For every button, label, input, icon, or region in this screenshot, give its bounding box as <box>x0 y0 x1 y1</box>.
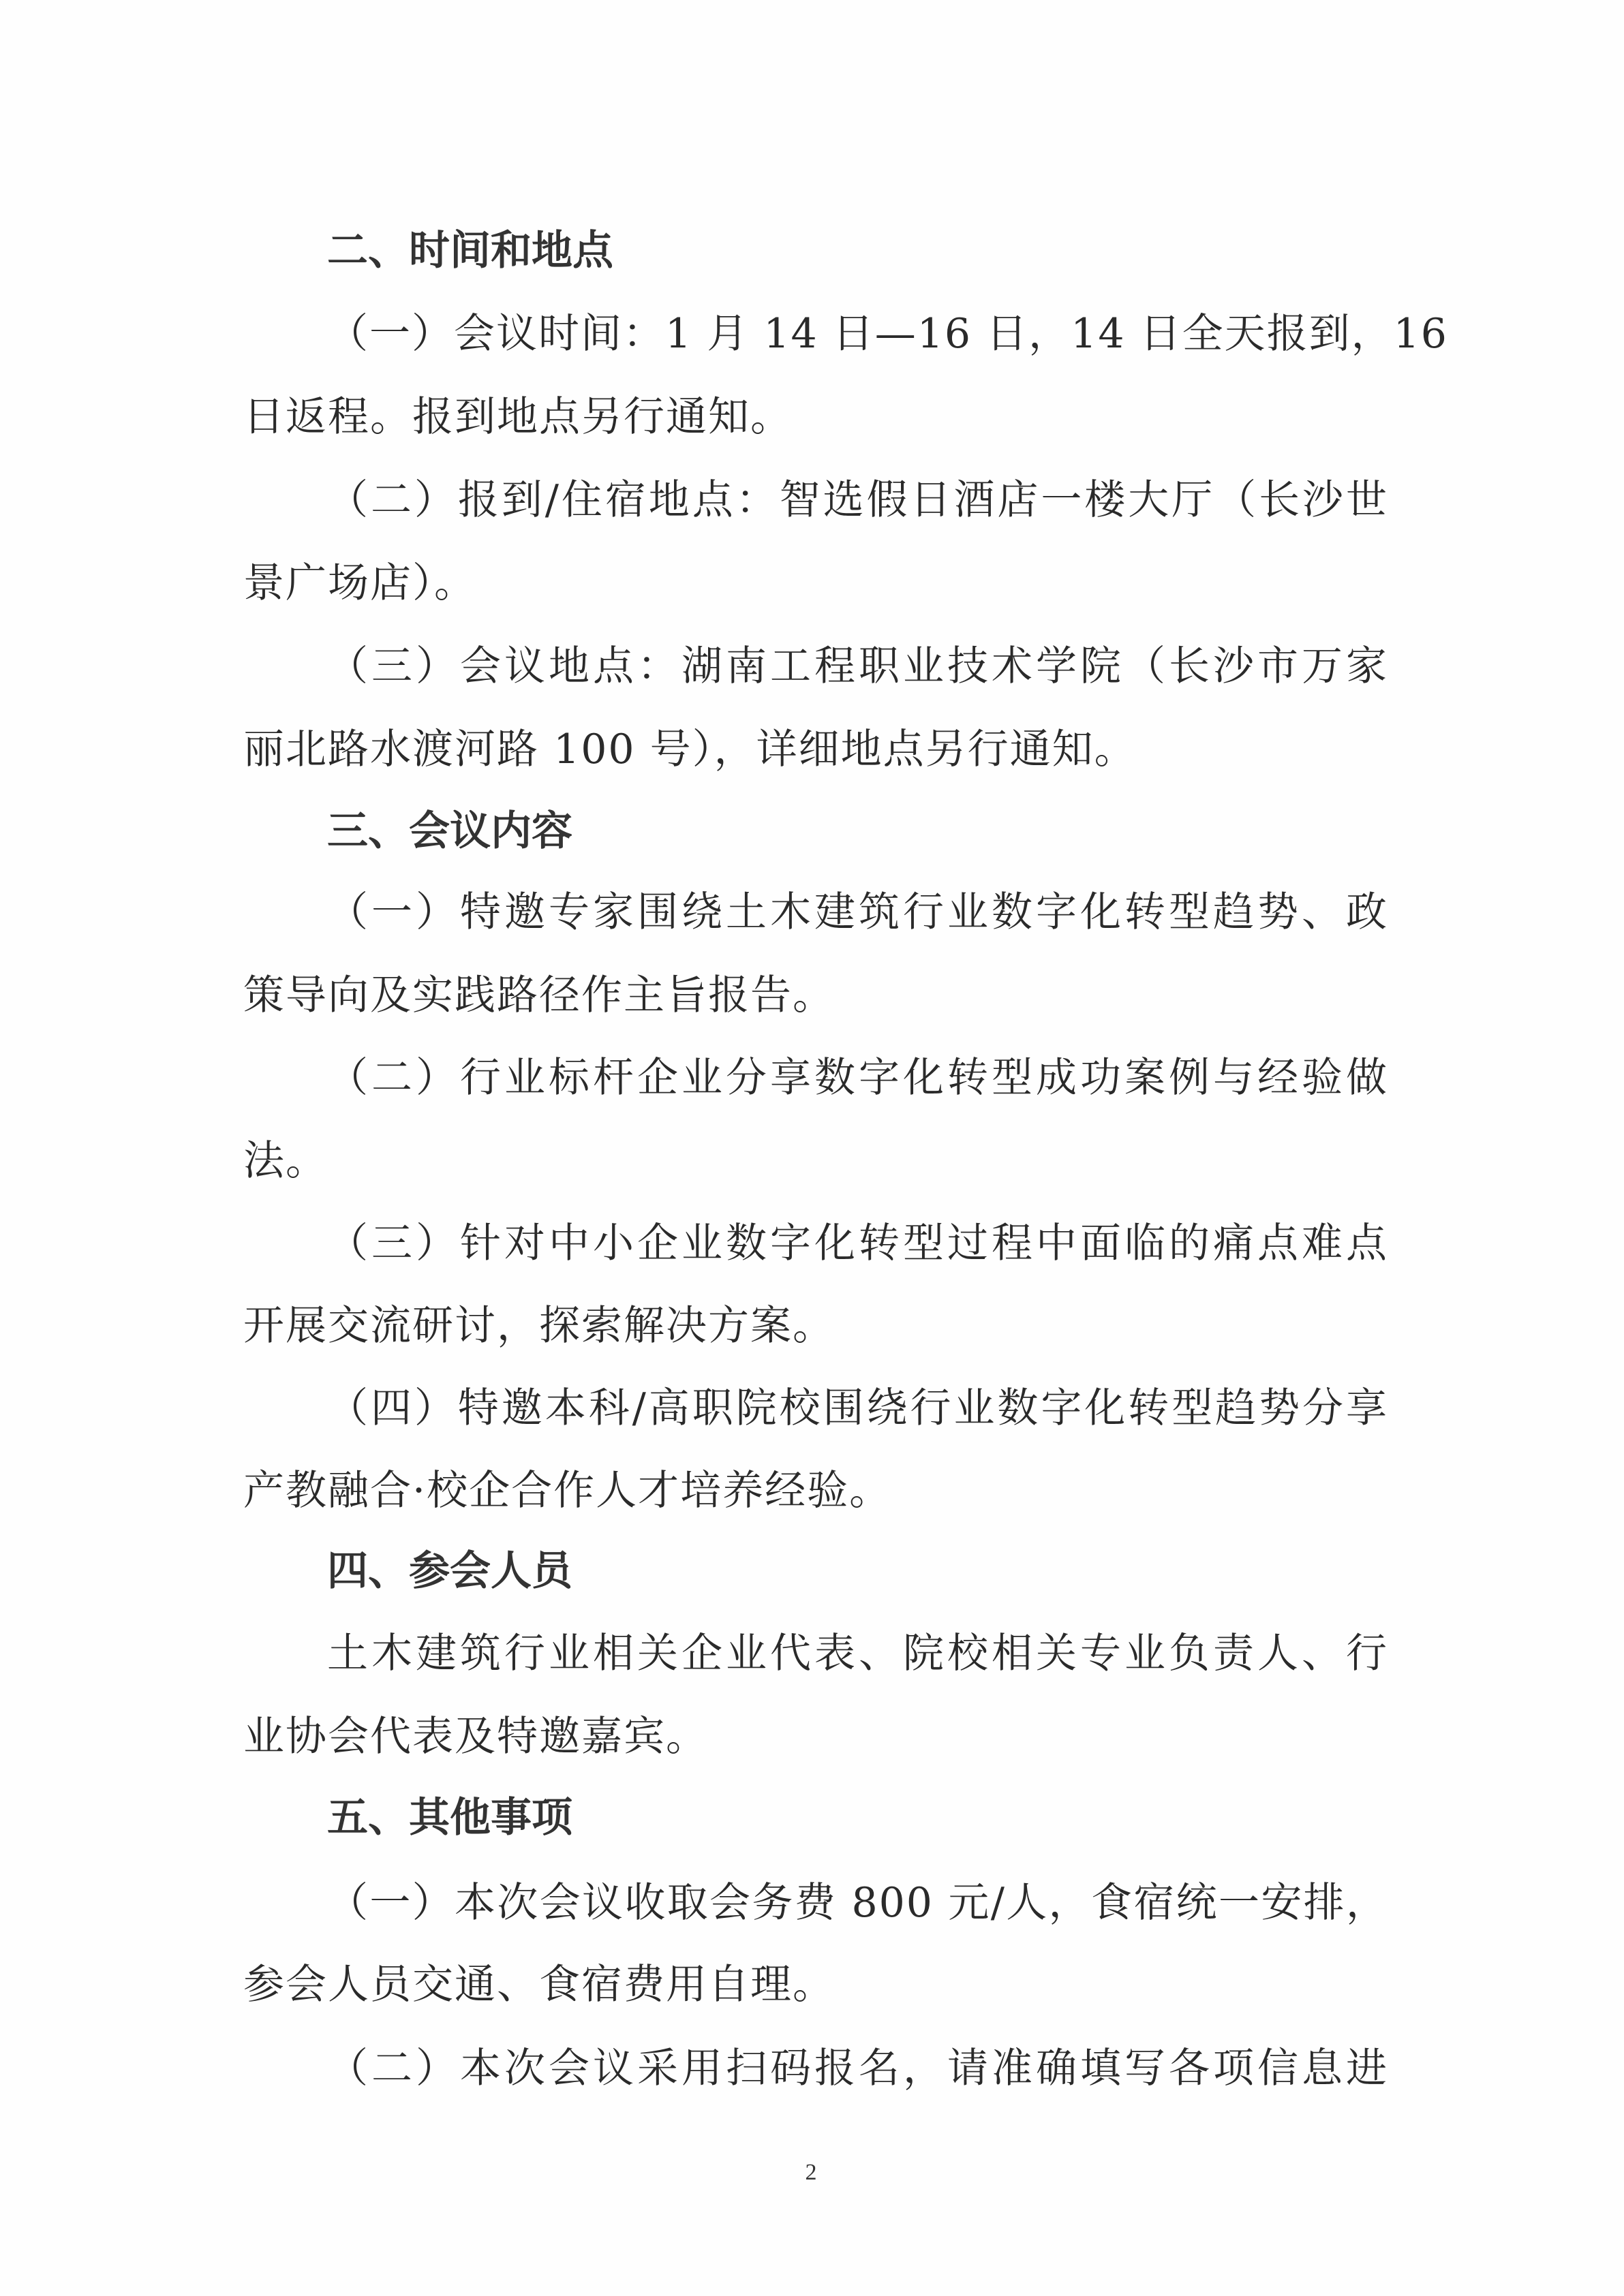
document-page: 二、时间和地点 （一）会议时间：1 月 14 日—16 日，14 日全天报到，1… <box>0 0 1624 2296</box>
paragraph-line: （二）本次会议采用扫码报名，请准确填写各项信息进 <box>327 2027 1388 2110</box>
paragraph-line: （一）会议时间：1 月 14 日—16 日，14 日全天报到，16 <box>327 292 1388 375</box>
paragraph-line: 土木建筑行业相关企业代表、院校相关专业负责人、行 <box>327 1612 1388 1695</box>
section-heading-attendees: 四、参会人员 <box>327 1530 1388 1613</box>
paragraph-line: （四）特邀本科/高职院校围绕行业数字化转型趋势分享 <box>327 1367 1388 1450</box>
paragraph-line: （二）报到/住宿地点：智选假日酒店一楼大厅（长沙世 <box>327 459 1388 542</box>
section-heading-other-matters: 五、其他事项 <box>327 1776 1388 1859</box>
paragraph-line: 业协会代表及特邀嘉宾。 <box>243 1695 1388 1778</box>
paragraph-line: 产教融合·校企合作人才培养经验。 <box>243 1449 1388 1532</box>
paragraph-line: （二）行业标杆企业分享数字化转型成功案例与经验做 <box>327 1036 1388 1119</box>
page-number: 2 <box>791 2160 831 2186</box>
paragraph-line: 日返程。报到地点另行通知。 <box>243 375 1388 459</box>
paragraph-line: 景广场店）。 <box>243 542 1388 625</box>
section-heading-time-location: 二、时间和地点 <box>327 209 1388 292</box>
paragraph-line: 参会人员交通、食宿费用自理。 <box>243 1943 1388 2026</box>
paragraph-line: 丽北路水渡河路 100 号），详细地点另行通知。 <box>243 708 1388 791</box>
paragraph-line: 开展交流研讨，探索解决方案。 <box>243 1284 1388 1367</box>
paragraph-line: （三）会议地点：湖南工程职业技术学院（长沙市万家 <box>327 625 1388 708</box>
paragraph-line: 策导向及实践路径作主旨报告。 <box>243 954 1388 1037</box>
section-heading-meeting-content: 三、会议内容 <box>327 790 1388 873</box>
paragraph-line: （一）特邀专家围绕土木建筑行业数字化转型趋势、政 <box>327 871 1388 954</box>
paragraph-line: 法。 <box>243 1119 1388 1203</box>
paragraph-line: （三）针对中小企业数字化转型过程中面临的痛点难点 <box>327 1202 1388 1285</box>
paragraph-line: （一）本次会议收取会务费 800 元/人，食宿统一安排， <box>327 1861 1388 1944</box>
